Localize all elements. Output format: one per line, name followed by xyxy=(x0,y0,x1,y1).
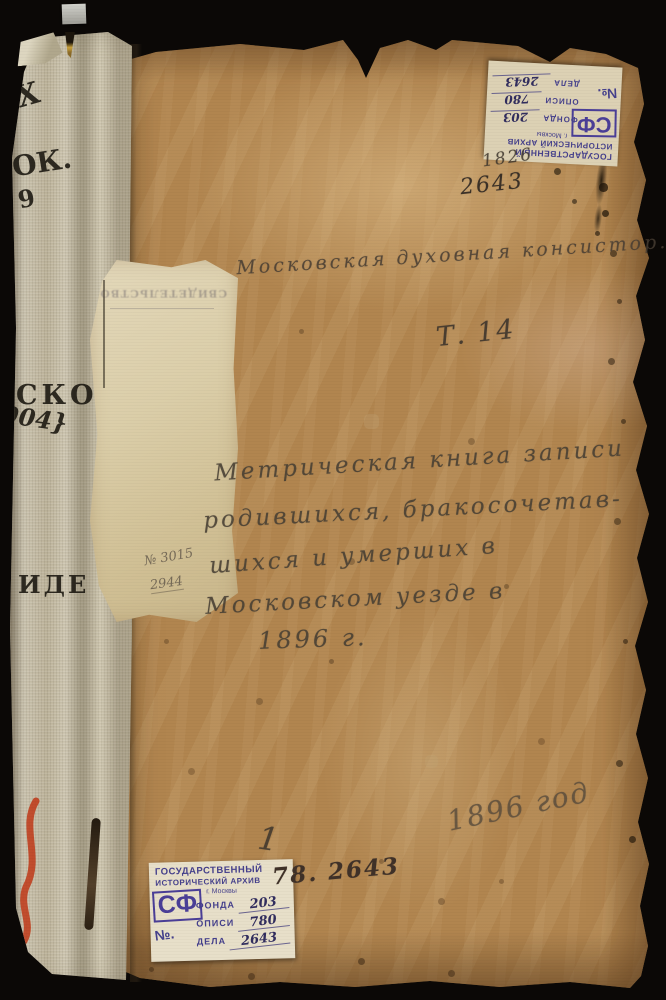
delo-label: ДЕЛА xyxy=(197,936,227,949)
fond-label: ФОНДА xyxy=(196,900,235,913)
fond-row: ФОНДА 203 xyxy=(196,892,289,912)
spine-ink-fragment: Х xyxy=(12,75,44,115)
page-marker-tab xyxy=(62,4,87,25)
delo-value: 2643 xyxy=(493,73,551,87)
opis-label: ОПИСИ xyxy=(196,918,234,931)
patch-printed-rule xyxy=(110,308,214,309)
delo-value: 2643 xyxy=(229,931,291,950)
patch-printed-text: СВИДЕТЕЛЬСТВО xyxy=(96,286,230,301)
fond-value: 203 xyxy=(491,109,540,122)
book-photo: Х ОК. 9 СКОЕ 904} ИДЕ СВИДЕТЕЛЬСТВО № 30… xyxy=(0,0,666,1000)
cloth-tear xyxy=(84,818,101,930)
delo-row: ДЕЛА 2643 xyxy=(197,928,290,948)
opis-value: 780 xyxy=(492,91,542,105)
fond-label: ФОНДА xyxy=(542,111,578,124)
handwritten-title-line-5: 1896 г. xyxy=(258,623,368,655)
delo-label: ДЕЛА xyxy=(553,76,580,88)
number-sign: №. xyxy=(597,85,617,102)
red-mark xyxy=(16,795,50,945)
opis-label: ОПИСИ xyxy=(544,94,579,107)
patch-pencil-note: № 3015 xyxy=(143,546,194,569)
spine-ink-fragment: 9 xyxy=(15,183,37,215)
sf-stamp: СФ xyxy=(572,109,617,138)
spine-ink-fragment: ИДЕ xyxy=(18,570,89,599)
spine-ink-fragment: ОК. xyxy=(10,142,74,184)
number-sign: №. xyxy=(154,925,175,943)
cover-stains xyxy=(0,0,3,3)
patch-pencil-note: 2944 xyxy=(149,574,184,594)
